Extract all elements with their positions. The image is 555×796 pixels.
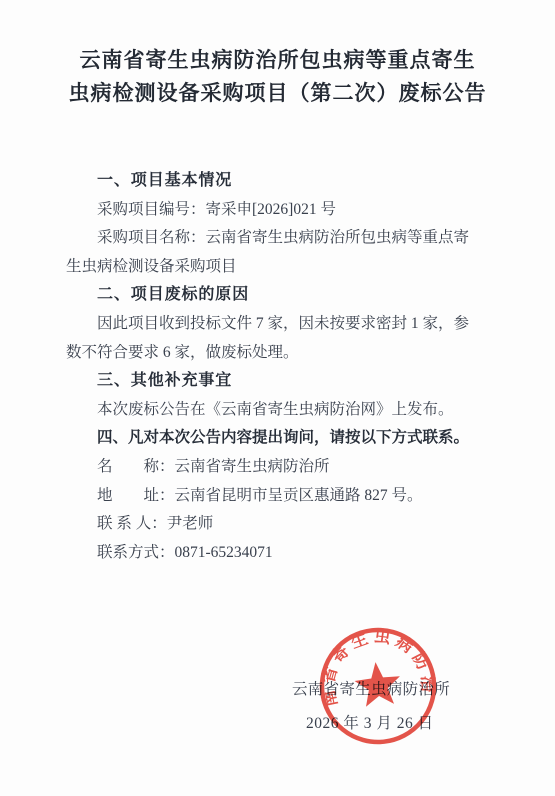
line-project-number: 采购项目编号：寄采申[2026]021 号 [66,196,506,225]
line-contact-address: 地 址：云南省昆明市呈贡区惠通路 827 号。 [66,482,506,511]
line-reason-2: 数不符合要求 6 家，做废标处理。 [66,339,506,368]
section-heading-2: 二、项目废标的原因 [66,281,506,310]
document-title-line2: 虫病检测设备采购项目（第二次）废标公告 [0,77,555,110]
section-heading-1: 一、项目基本情况 [66,167,506,196]
line-project-name-2: 生虫病检测设备采购项目 [66,253,506,282]
section-heading-4: 四、凡对本次公告内容提出询问，请按以下方式联系。 [66,424,506,453]
signature-date: 2026 年 3 月 26 日 [306,711,434,733]
document-title: 云南省寄生虫病防治所包虫病等重点寄生 虫病检测设备采购项目（第二次）废标公告 [0,44,555,110]
line-publish-site: 本次废标公告在《云南省寄生虫病防治网》上发布。 [66,396,506,425]
line-contact-name: 名 称：云南省寄生虫病防治所 [66,453,506,482]
section-heading-3: 三、其他补充事宜 [66,367,506,396]
line-contact-phone: 联系方式：0871-65234071 [66,539,506,568]
line-contact-person: 联 系 人：尹老师 [66,510,506,539]
document-title-line1: 云南省寄生虫病防治所包虫病等重点寄生 [0,44,555,77]
document-page: 云南省寄生虫病防治所包虫病等重点寄生 虫病检测设备采购项目（第二次）废标公告 一… [0,0,555,796]
line-reason-1: 因此项目收到投标文件 7 家，因未按要求密封 1 家，参 [66,310,506,339]
line-project-name-1: 采购项目名称：云南省寄生虫病防治所包虫病等重点寄 [66,224,506,253]
signature-org: 云南省寄生虫病防治所 [292,677,450,699]
document-body: 一、项目基本情况 采购项目编号：寄采申[2026]021 号 采购项目名称：云南… [66,167,506,567]
